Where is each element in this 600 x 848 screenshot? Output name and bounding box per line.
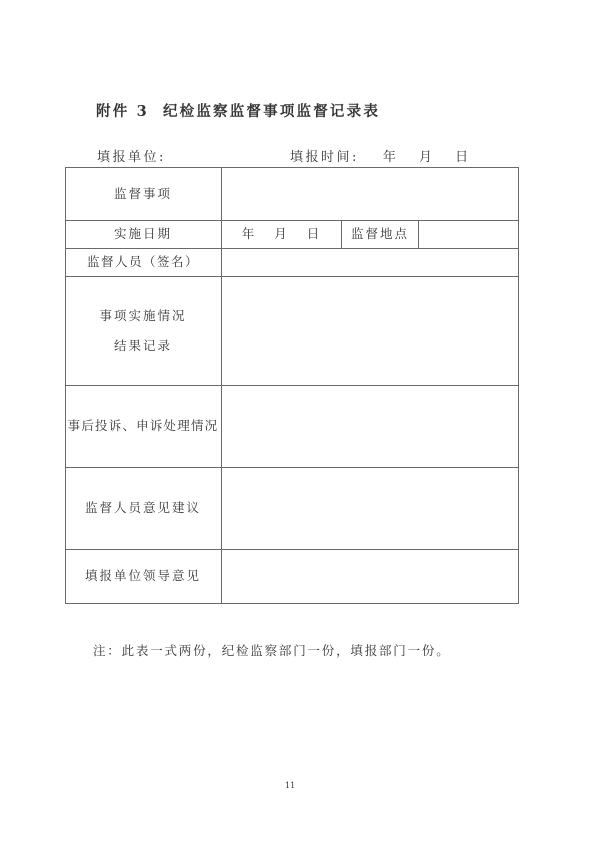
field-implementation-result[interactable] xyxy=(222,276,518,385)
label-text: 事后投诉、申诉处理情况 xyxy=(68,411,219,441)
field-implementation-date[interactable]: 年 月 日 xyxy=(222,220,341,248)
fill-time-date: 年 月 日 xyxy=(383,150,471,165)
form-title: 纪检监察监督事项监督记录表 xyxy=(163,103,380,120)
label-implementation-result: 事项实施情况 结果记录 xyxy=(65,276,221,385)
field-unit-leader-opinion[interactable] xyxy=(222,549,518,603)
table-border-bottom xyxy=(65,603,519,604)
fill-time-label: 填报时间: xyxy=(290,150,359,165)
attachment-number: 附件 3 xyxy=(96,103,149,120)
label-text: 监督人员（签名） xyxy=(87,247,199,277)
label-supervision-location: 监督地点 xyxy=(342,220,418,248)
label-text: 监督事项 xyxy=(114,179,172,209)
label-text: 监督地点 xyxy=(351,219,409,249)
fill-time: 填报时间:年 月 日 xyxy=(290,146,471,165)
field-complaint-handling[interactable] xyxy=(222,385,518,467)
field-supervisor-opinion[interactable] xyxy=(222,467,518,549)
label-text: 填报单位领导意见 xyxy=(85,561,201,591)
page-number: 11 xyxy=(285,781,295,790)
page-title: 附件 3纪检监察监督事项监督记录表 xyxy=(96,100,380,121)
label-supervision-item: 监督事项 xyxy=(65,167,221,220)
label-supervisor-opinion: 监督人员意见建议 xyxy=(65,467,221,549)
date-placeholder: 年 月 日 xyxy=(242,219,321,249)
document-page: 附件 3纪检监察监督事项监督记录表 填报单位: 填报时间:年 月 日 监督事项 … xyxy=(0,0,600,848)
record-table: 监督事项 实施日期 年 月 日 监督地点 监督人员（签名） 事项实施情况 结果记… xyxy=(65,167,519,604)
label-text: 实施日期 xyxy=(114,219,172,249)
label-implementation-date: 实施日期 xyxy=(65,220,221,248)
label-text: 监督人员意见建议 xyxy=(85,493,201,523)
table-border-right xyxy=(518,167,519,604)
field-supervision-item[interactable] xyxy=(222,167,518,220)
label-supervisor-signature: 监督人员（签名） xyxy=(65,248,221,276)
field-supervision-location[interactable] xyxy=(419,220,518,248)
fill-unit-label: 填报单位: xyxy=(97,146,166,165)
label-text-line2: 结果记录 xyxy=(114,331,172,361)
label-unit-leader-opinion: 填报单位领导意见 xyxy=(65,549,221,603)
footnote: 注：此表一式两份，纪检监察部门一份，填报部门一份。 xyxy=(93,641,451,659)
field-supervisor-signature[interactable] xyxy=(222,248,518,276)
label-text-line1: 事项实施情况 xyxy=(99,301,186,331)
label-complaint-handling: 事后投诉、申诉处理情况 xyxy=(65,385,221,467)
